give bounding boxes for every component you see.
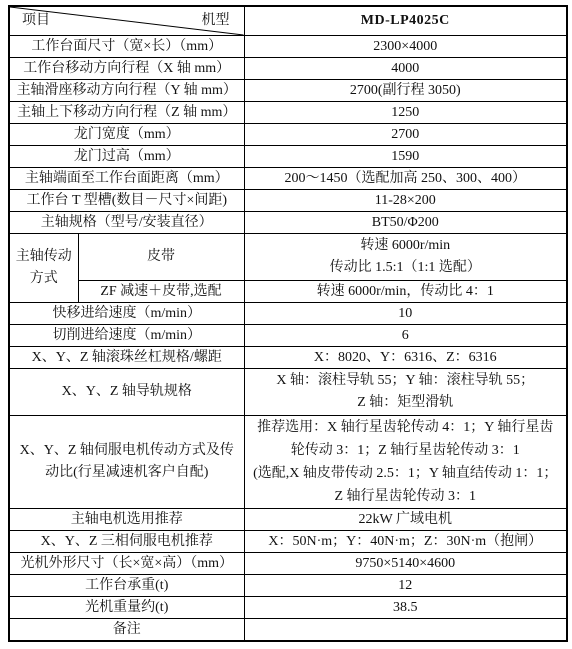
spec-row-machine-dimensions: 光机外形尺寸（长×宽×高）（mm） 9750×5140×4600 [9, 553, 567, 575]
spec-value: 1590 [244, 146, 567, 168]
label-line: 动比(行星减速机客户自配) [12, 462, 242, 484]
spec-row-ballscrew: X、Y、Z 轴滚珠丝杠规格/螺距 X：8020、Y：6316、Z：6316 [9, 347, 567, 369]
spec-value: 转速 6000r/min，传动比 4：1 [244, 281, 567, 303]
spec-value: 10 [244, 303, 567, 325]
spec-value: 38.5 [244, 597, 567, 619]
spec-value: X：8020、Y：6316、Z：6316 [244, 347, 567, 369]
spec-value: 2700 [244, 124, 567, 146]
spec-value: X 轴：滚柱导轨 55；Y 轴：滚柱导轨 55； Z 轴：矩型滑轨 [244, 369, 567, 416]
diagonal-header-cell: 项目 机型 [9, 6, 244, 36]
group-label-line: 主轴传动 [12, 246, 76, 268]
spec-value: 12 [244, 575, 567, 597]
spec-value: BT50/Φ200 [244, 212, 567, 234]
spec-row-y-travel: 主轴滑座移动方向行程（Y 轴 mm） 2700(副行程 3050) [9, 80, 567, 102]
spec-row-z-travel: 主轴上下移动方向行程（Z 轴 mm） 1250 [9, 102, 567, 124]
spec-row-rapid-feed: 快移进给速度（m/min） 10 [9, 303, 567, 325]
group-label-line: 方式 [12, 268, 76, 290]
spec-row-servo-transmission: X、Y、Z 轴伺服电机传动方式及传 动比(行星减速机客户自配) 推荐选用：X 轴… [9, 416, 567, 509]
header-item-label: 项目 [22, 7, 50, 35]
spec-value: 22kW 广域电机 [244, 509, 567, 531]
spec-value: 11-28×200 [244, 190, 567, 212]
spec-row-remarks: 备注 [9, 619, 567, 642]
model-number: MD-LP4025C [244, 6, 567, 36]
spec-row-belt-drive: 主轴传动 方式 皮带 转速 6000r/min 传动比 1.5:1（1:1 选配… [9, 234, 567, 281]
spec-row-gantry-height: 龙门过高（mm） 1590 [9, 146, 567, 168]
spec-label: 工作台移动方向行程（X 轴 mm） [9, 58, 244, 80]
spec-label: X、Y、Z 轴滚珠丝杠规格/螺距 [9, 347, 244, 369]
spec-row-x-travel: 工作台移动方向行程（X 轴 mm） 4000 [9, 58, 567, 80]
spec-label: 工作台 T 型槽(数目－尺寸×间距) [9, 190, 244, 212]
spec-label: X、Y、Z 轴伺服电机传动方式及传 动比(行星减速机客户自配) [9, 416, 244, 509]
spec-row-spindle-spec: 主轴规格（型号/安装直径） BT50/Φ200 [9, 212, 567, 234]
spec-row-machine-weight: 光机重量约(t) 38.5 [9, 597, 567, 619]
spec-value: 推荐选用：X 轴行星齿轮传动 4：1；Y 轴行星齿 轮传动 3：1；Z 轴行星齿… [244, 416, 567, 509]
spec-row-table-size: 工作台面尺寸（宽×长）（mm） 2300×4000 [9, 36, 567, 58]
spec-label: 光机外形尺寸（长×宽×高）（mm） [9, 553, 244, 575]
spec-sheet-page: 项目 机型 MD-LP4025C 工作台面尺寸（宽×长）（mm） 2300×40… [0, 0, 572, 649]
spec-label: 工作台面尺寸（宽×长）（mm） [9, 36, 244, 58]
table-header-row: 项目 机型 MD-LP4025C [9, 6, 567, 36]
value-line: 轮传动 3：1；Z 轴行星齿轮传动 3：1 [247, 439, 565, 462]
spec-row-spindle-motor: 主轴电机选用推荐 22kW 广域电机 [9, 509, 567, 531]
value-line: 推荐选用：X 轴行星齿轮传动 4：1；Y 轴行星齿 [247, 416, 565, 439]
spec-label: 光机重量约(t) [9, 597, 244, 619]
spindle-drive-group-label: 主轴传动 方式 [9, 234, 78, 303]
spec-label: 龙门过高（mm） [9, 146, 244, 168]
spec-row-spindle-to-table: 主轴端面至工作台面距离（mm） 200～1450（选配加高 250、300、40… [9, 168, 567, 190]
spec-row-table-load: 工作台承重(t) 12 [9, 575, 567, 597]
value-line: X 轴：滚柱导轨 55；Y 轴：滚柱导轨 55； [247, 370, 565, 392]
spec-row-guide-rails: X、Y、Z 轴导轨规格 X 轴：滚柱导轨 55；Y 轴：滚柱导轨 55； Z 轴… [9, 369, 567, 416]
spec-label: 龙门宽度（mm） [9, 124, 244, 146]
spec-row-zf-drive: ZF 减速＋皮带,选配 转速 6000r/min，传动比 4：1 [9, 281, 567, 303]
spec-row-t-slots: 工作台 T 型槽(数目－尺寸×间距) 11-28×200 [9, 190, 567, 212]
spec-label: 主轴上下移动方向行程（Z 轴 mm） [9, 102, 244, 124]
value-line: 传动比 1.5:1（1:1 选配） [247, 257, 565, 279]
spec-label: X、Y、Z 轴导轨规格 [9, 369, 244, 416]
spec-row-gantry-width: 龙门宽度（mm） 2700 [9, 124, 567, 146]
value-line: Z 轴：矩型滑轨 [247, 392, 565, 414]
spec-label: ZF 减速＋皮带,选配 [78, 281, 244, 303]
spec-value: 6 [244, 325, 567, 347]
value-line: Z 轴行星齿轮传动 3：1 [247, 485, 565, 508]
spec-value: 9750×5140×4600 [244, 553, 567, 575]
spec-value: 1250 [244, 102, 567, 124]
spec-label: 主轴规格（型号/安装直径） [9, 212, 244, 234]
spec-label: 主轴电机选用推荐 [9, 509, 244, 531]
label-line: X、Y、Z 轴伺服电机传动方式及传 [12, 440, 242, 462]
spec-value [244, 619, 567, 642]
header-model-label: 机型 [202, 7, 230, 35]
spec-label: 皮带 [78, 234, 244, 281]
spec-value: 转速 6000r/min 传动比 1.5:1（1:1 选配） [244, 234, 567, 281]
spec-row-cutting-feed: 切削进给速度（m/min） 6 [9, 325, 567, 347]
spec-label: 备注 [9, 619, 244, 642]
spec-value: 2300×4000 [244, 36, 567, 58]
spec-label: 切削进给速度（m/min） [9, 325, 244, 347]
spec-value: 4000 [244, 58, 567, 80]
spec-label: 主轴滑座移动方向行程（Y 轴 mm） [9, 80, 244, 102]
spec-label: X、Y、Z 三相伺服电机推荐 [9, 531, 244, 553]
spec-value: 200～1450（选配加高 250、300、400） [244, 168, 567, 190]
spec-label: 快移进给速度（m/min） [9, 303, 244, 325]
spec-value: 2700(副行程 3050) [244, 80, 567, 102]
spec-label: 工作台承重(t) [9, 575, 244, 597]
spec-row-servo-motors: X、Y、Z 三相伺服电机推荐 X：50N·m；Y：40N·m；Z：30N·m（抱… [9, 531, 567, 553]
spec-label: 主轴端面至工作台面距离（mm） [9, 168, 244, 190]
value-line: 转速 6000r/min [247, 235, 565, 257]
spec-value: X：50N·m；Y：40N·m；Z：30N·m（抱闸） [244, 531, 567, 553]
spec-table: 项目 机型 MD-LP4025C 工作台面尺寸（宽×长）（mm） 2300×40… [8, 5, 568, 642]
value-line: (选配,X 轴皮带传动 2.5：1；Y 轴直结传动 1：1； [247, 462, 565, 485]
